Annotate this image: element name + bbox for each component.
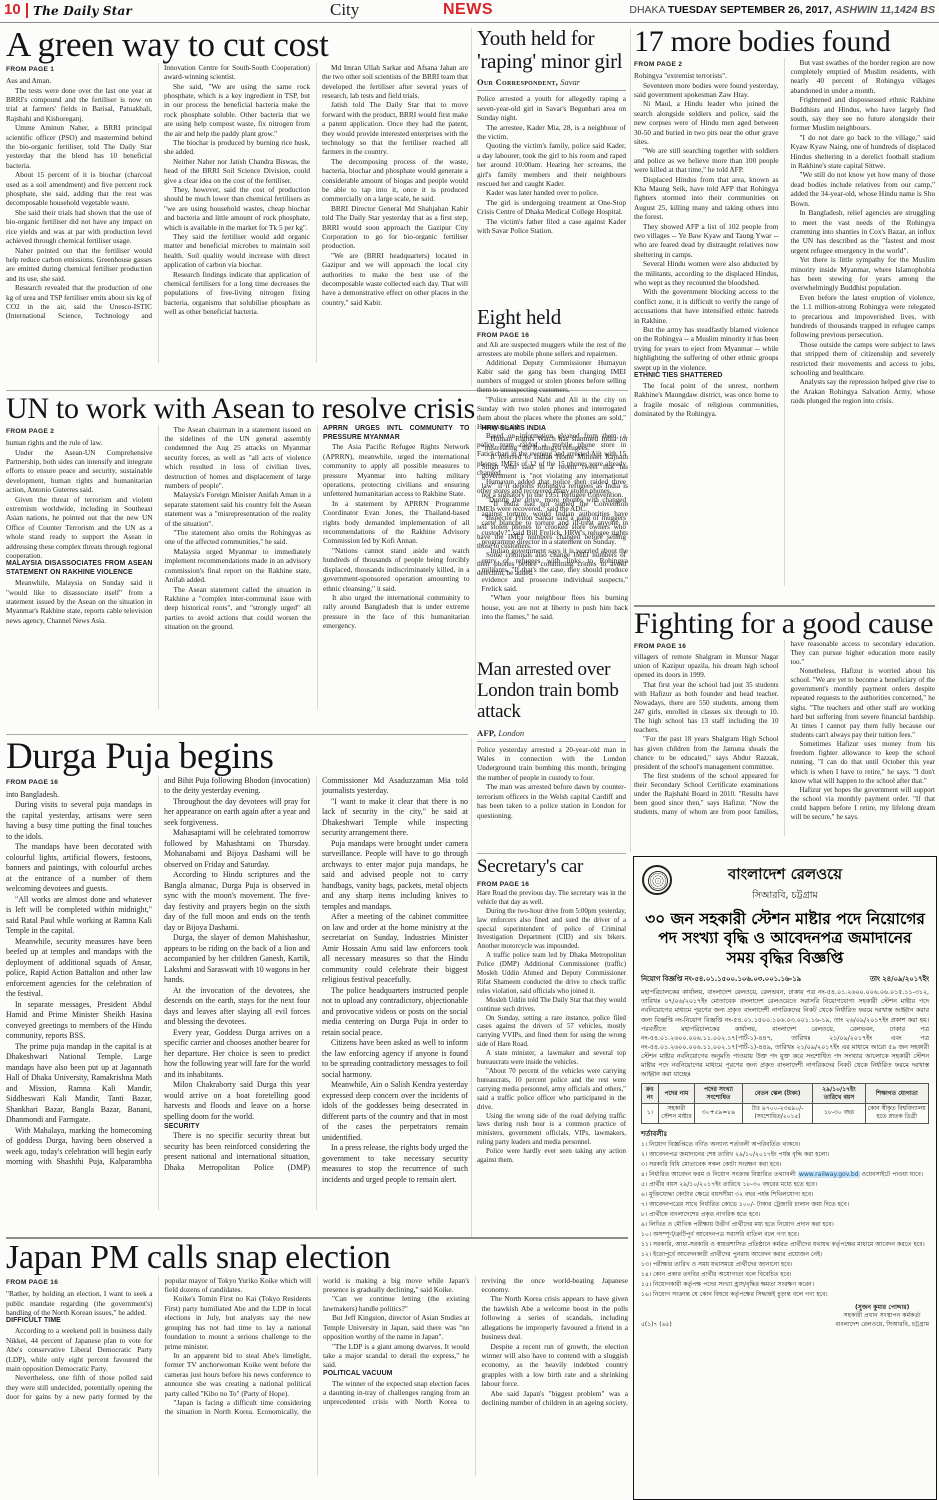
article-youth-held: Youth held for 'raping' minor girl Our C…	[477, 27, 626, 305]
dateline-date: TUESDAY SEPTEMBER 26, 2017,	[668, 4, 835, 16]
section-rule	[6, 734, 468, 735]
railway-website-link: www.railway.gov.bd	[798, 1171, 860, 1178]
from-page-kicker: FROM PAGE 16	[634, 643, 779, 652]
article-japan-election: Japan PM calls snap election FROM PAGE 1…	[6, 1241, 628, 1497]
article-green-way-headline: A green way to cut cost	[6, 27, 468, 63]
ad-org-name: বাংলাদেশ রেলওয়ে	[641, 863, 929, 888]
masthead: 10 The Daily Star City NEWS DHAKA TUESDA…	[0, 0, 939, 23]
ad-org-location: সিআরবি, চট্টগ্রাম	[641, 889, 929, 904]
ad-signatory-org: বাংলাদেশ রেলওয়ে, সিআরবি, চট্টগ্রাম	[835, 1321, 929, 1328]
section-label-news: NEWS	[443, 1, 493, 19]
dateline-city: DHAKA	[629, 4, 668, 16]
article-secretarys-car: Secretary's car FROM PAGE 16 Hare Road t…	[477, 857, 626, 1239]
article-green-way: A green way to cut cost FROM PAGE 1 Aus …	[6, 27, 468, 387]
railway-seal-icon	[642, 865, 672, 895]
dateline: DHAKA TUESDAY SEPTEMBER 26, 2017, ASHWIN…	[629, 4, 935, 16]
dateline-bangla-date: ASHWIN 11,1424 BS	[835, 4, 935, 16]
ad-post-table: ক্রঃ নংপদের নামপদের সংখ্যা সংশোধিতবেতন স…	[641, 1083, 929, 1123]
article-japan-election-body: FROM PAGE 16 "Rather, by holding an elec…	[6, 1276, 628, 1476]
article-17-bodies-body: FROM PAGE 2 Rohingya "extremist terroris…	[634, 58, 935, 586]
from-page-kicker: FROM PAGE 16	[6, 779, 152, 788]
from-page-kicker: FROM PAGE 16	[477, 332, 626, 339]
section-rule	[477, 853, 626, 854]
article-fighting-cause-body: FROM PAGE 16 villagers of remote Shalgra…	[634, 640, 935, 836]
from-page-kicker: FROM PAGE 2	[634, 61, 779, 70]
article-green-way-text: Aus and Aman.The tests were done over th…	[6, 63, 468, 321]
article-secretarys-car-headline: Secretary's car	[477, 857, 626, 878]
article-japan-election-headline: Japan PM calls snap election	[6, 1241, 628, 1276]
paper-name-logo: The Daily Star	[33, 4, 132, 18]
ad-intro-text: মহাপরিচালকের কার্যালয়, বাংলাদেশ রেলওয়ে…	[641, 988, 929, 1079]
article-un-asean: UN to work with Asean to resolve crisis …	[6, 394, 628, 730]
column-rule	[471, 738, 472, 1238]
newspaper-page: 10 The Daily Star City NEWS DHAKA TUESDA…	[0, 0, 939, 1500]
article-fighting-cause: Fighting for a good cause FROM PAGE 16 v…	[634, 609, 935, 852]
article-london-bomb-body: Police yesterday arrested a 20-year-old …	[477, 745, 626, 820]
column-rule	[471, 28, 472, 386]
article-fighting-cause-text: villagers of remote Shalgram in Munsur N…	[634, 640, 935, 823]
article-17-bodies-text: Rohingya "extremist terrorists".Seventee…	[634, 58, 935, 419]
article-eight-held-headline: Eight held	[477, 306, 626, 329]
byline-author: Our Correspondent,	[477, 77, 558, 87]
article-fighting-cause-headline: Fighting for a good cause	[634, 609, 935, 640]
from-page-kicker: FROM PAGE 2	[6, 428, 153, 437]
article-youth-held-headline: Youth held for 'raping' minor girl	[477, 27, 626, 72]
ad-signature-block: (সুজন কুমার পোদ্দার) সহকারী প্রধান সংস্থ…	[835, 1304, 929, 1330]
section-rule	[634, 605, 935, 607]
ad-conditions-title: শর্তাবলীঃ	[641, 1128, 929, 1140]
byline: Our Correspondent, Savar	[477, 77, 626, 91]
article-durga-puja-body: FROM PAGE 16 into Bangladesh.During visi…	[6, 776, 468, 1210]
article-17-bodies-headline: 17 more bodies found	[634, 27, 935, 58]
from-page-kicker: FROM PAGE 16	[477, 881, 626, 888]
ad-footer: ৫(১)৭ (৬৫) (সুজন কুমার পোদ্দার) সহকারী প…	[641, 1304, 929, 1330]
masthead-divider	[26, 3, 28, 18]
article-japan-election-text: "Rather, by holding an election, I want …	[6, 1276, 628, 1417]
section-label-city: City	[330, 0, 359, 20]
article-un-asean-body: FROM PAGE 2 human rights and the rule of…	[6, 425, 628, 709]
article-durga-puja-text: into Bangladesh.During visits to several…	[6, 776, 468, 1186]
ad-signatory-name: (সুজন কুমার পোদ্দার)	[855, 1304, 910, 1311]
page-number: 10	[4, 1, 21, 18]
article-youth-held-body: Police arrested a youth for allegedly ra…	[477, 94, 626, 235]
article-secretarys-car-body: Hare Road the previous day. The secretar…	[477, 890, 626, 1166]
ad-reference-number: ৫(১)৭ (৬৫)	[641, 1319, 672, 1330]
article-durga-puja: Durga Puja begins FROM PAGE 16 into Bang…	[6, 738, 468, 1234]
article-un-asean-headline: UN to work with Asean to resolve crisis	[6, 394, 628, 425]
from-page-kicker: FROM PAGE 1	[6, 66, 152, 75]
article-green-way-body: FROM PAGE 1 Aus and Aman.The tests were …	[6, 63, 468, 363]
ad-notice-line: নিয়োগ বিজ্ঞপ্তি নং-৫৪.০১.১৫০০.১০৬.০৩.০০…	[641, 973, 929, 985]
railway-recruitment-ad: বাংলাদেশ রেলওয়ে সিআরবি, চট্টগ্রাম ৩০ জন…	[633, 856, 937, 1500]
ad-conditions-list: ১। নিয়োগ বিজ্ঞপ্তিতে বর্ণিত অন্যান্য শর…	[641, 1141, 929, 1300]
ad-signatory-title: সহকারী প্রধান সংস্থাপন কর্মকর্তা	[844, 1312, 921, 1319]
article-un-asean-text: human rights and the rule of law.Under t…	[6, 425, 628, 632]
column-rule	[630, 28, 631, 852]
ad-headline: ৩০ জন সহকারী স্টেশন মাষ্টার পদে নিয়োগের…	[643, 910, 927, 968]
ad-notice-number: নিয়োগ বিজ্ঞপ্তি নং-৫৪.০১.১৫০০.১০৬.০৩.০০…	[641, 973, 801, 985]
ad-notice-date: তাং ২৪/০৯/২০১৭ইং	[870, 973, 929, 985]
article-17-bodies: 17 more bodies found FROM PAGE 2 Rohingy…	[634, 27, 935, 602]
from-page-kicker: FROM PAGE 16	[6, 1279, 153, 1288]
article-durga-puja-headline: Durga Puja begins	[6, 738, 468, 776]
byline-location: Savar	[558, 77, 580, 87]
